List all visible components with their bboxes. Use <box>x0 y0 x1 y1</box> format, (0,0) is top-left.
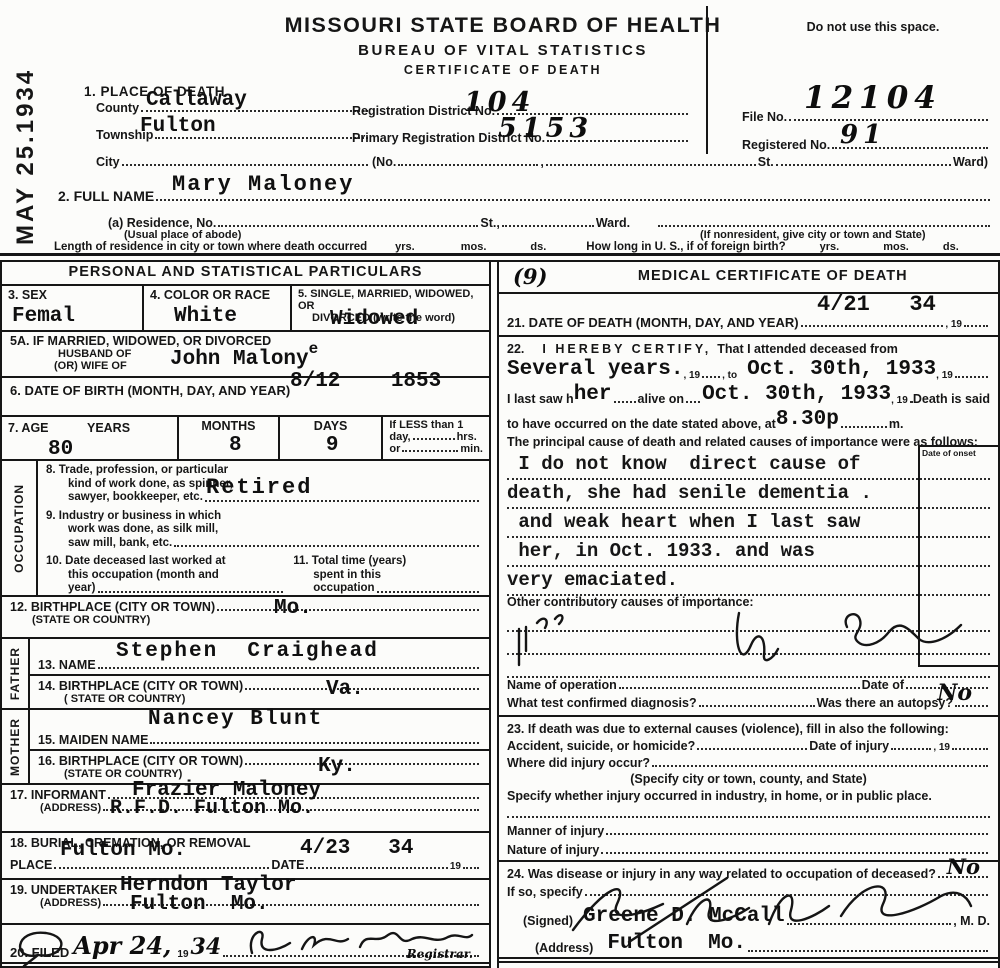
dod-19: , 19 <box>945 319 962 330</box>
certify-b: That I attended deceased from <box>717 342 898 356</box>
date-of-label: Date of <box>862 678 904 692</box>
ds-label: ds. <box>530 241 546 253</box>
months-label: MONTHS <box>185 419 272 433</box>
burial-row: 18. BURIAL, CREMATION, OR REMOVAL PLACE … <box>2 831 489 878</box>
father-inner: 13. NAME Stephen Craighead 14. BIRTHPLAC… <box>30 639 489 708</box>
full-name-value: Mary Maloney <box>172 172 354 197</box>
dotted-line <box>218 223 478 227</box>
yrs-label: yrs. <box>395 241 415 253</box>
nature-label: Nature of injury <box>507 843 599 857</box>
specify-note: (Specify city or town, county, and State… <box>507 772 990 786</box>
certify-a: I HEREBY CERTIFY, <box>542 342 711 356</box>
father-bp-label: 14. BIRTHPLACE (CITY OR TOWN) <box>38 679 243 693</box>
spouse-value-wrap: John Malonye <box>170 348 318 371</box>
father-birthplace-row: 14. BIRTHPLACE (CITY OR TOWN) ( STATE OR… <box>30 676 489 708</box>
age-days-value: 9 <box>326 434 376 457</box>
dotted-line <box>697 746 807 750</box>
last-worked-total-row: 10. Date deceased last worked at this oc… <box>46 555 481 596</box>
last-worked-1: 10. Date deceased last worked at <box>46 555 285 569</box>
mother-side-label: MOTHER <box>8 718 22 776</box>
primary-district-value: 5153 <box>498 113 593 144</box>
dotted-line <box>398 162 538 166</box>
mother-name-row: 15. MAIDEN NAME Nancey Blunt <box>30 710 489 751</box>
primary-district-row: Primary Registration District No. 5153 <box>352 131 690 145</box>
registrar-label: Registrar. <box>407 947 473 961</box>
mother-side-cell: MOTHER <box>2 710 30 783</box>
marital-cell: 5. SINGLE, MARRIED, WIDOWED, OR DIVORCED… <box>292 286 489 330</box>
q23-line-4: Specify whether injury occurred in indus… <box>507 789 990 803</box>
dotted-line <box>801 323 944 327</box>
occupation-side-label: OCCUPATION <box>12 484 26 573</box>
dotted-line <box>98 665 479 669</box>
dotted-line <box>891 746 931 750</box>
less-label-3: or <box>389 443 400 455</box>
right-column-title: MEDICAL CERTIFICATE OF DEATH <box>547 268 998 284</box>
dob-value: 8/12 1853 <box>290 370 441 393</box>
printed-19-filed: 19 <box>177 949 188 960</box>
father-block: FATHER 13. NAME Stephen Craighead 14. BI… <box>2 637 489 708</box>
residence-label: (a) Residence, No. <box>108 216 216 230</box>
dob-row: 6. DATE OF BIRTH (MONTH, DAY, AND YEAR) … <box>2 376 489 415</box>
dotted-line <box>463 865 479 869</box>
occupation-content: 8. Trade, profession, or particular kind… <box>38 461 489 595</box>
dotted-line <box>619 685 860 689</box>
occupation-relation-block: 24. Was disease or injury in any way rel… <box>499 860 998 963</box>
industry-label-2: work was done, as silk mill, <box>68 523 481 537</box>
county-value: Callaway <box>146 89 247 112</box>
mother-name-label: 15. MAIDEN NAME <box>38 733 148 747</box>
age-months-value: 8 <box>229 434 272 457</box>
cause-of-death-block: I do not know direct cause of death, she… <box>499 449 998 593</box>
undertaker-row: 19. UNDERTAKER (ADDRESS) Herndon Taylor … <box>2 878 489 923</box>
attended-from-value: Several years. <box>507 358 683 381</box>
title-board: MISSOURI STATE BOARD OF HEALTH <box>268 13 738 38</box>
ds-label-2: ds. <box>943 241 959 253</box>
q23-19: , 19 <box>933 742 950 753</box>
dotted-line <box>702 374 720 378</box>
manner-label: Manner of injury <box>507 824 604 838</box>
contributory-scribbles <box>507 607 977 679</box>
death-certificate-sheet: MAY 25.1934 MISSOURI STATE BOARD OF HEAL… <box>0 0 1000 968</box>
age-row: 7. AGE YEARS 80 MONTHS 8 DAYS 9 If LESS … <box>2 415 489 459</box>
dotted-line <box>964 323 988 327</box>
n19-c: , 19 <box>891 395 908 406</box>
personal-particulars-column: PERSONAL AND STATISTICAL PARTICULARS 3. … <box>0 260 489 968</box>
test-line: What test confirmed diagnosis? Was there… <box>507 696 990 710</box>
mos-label-2: mos. <box>883 241 909 253</box>
dotted-line <box>217 607 479 611</box>
birthplace-line: 12. BIRTHPLACE (CITY OR TOWN) <box>10 600 481 614</box>
nonresident-note: (If nonresident, give city or town and S… <box>700 229 926 241</box>
dotted-line <box>952 746 988 750</box>
dotted-line <box>776 162 951 166</box>
dotted-line <box>377 589 479 593</box>
attended-date-value: Oct. 30th, 1933 <box>747 358 936 381</box>
dotted-line <box>652 763 988 767</box>
dotted-line <box>502 223 594 227</box>
last-saw-pre: I last saw h <box>507 392 574 406</box>
external-causes-block: 23. If death was due to external causes … <box>499 715 998 860</box>
sex-race-marital-row: 3. SEX Femal 4. COLOR OR RACE White 5. S… <box>2 284 489 330</box>
occurred-line: to have occurred on the date stated abov… <box>507 408 990 431</box>
title-bureau: BUREAU OF VITAL STATISTICS <box>268 42 738 59</box>
length-label: Length of residence in city or town wher… <box>54 241 367 253</box>
column-divider <box>489 260 499 968</box>
no-label: (No. <box>372 155 396 169</box>
father-bp-sub: ( STATE OR COUNTRY) <box>64 693 481 705</box>
her-value: her <box>574 383 612 406</box>
mother-inner: 15. MAIDEN NAME Nancey Blunt 16. BIRTHPL… <box>30 710 489 783</box>
last-worked-line: year) <box>46 582 285 596</box>
mos-label: mos. <box>461 241 487 253</box>
file-no-label: File No. <box>742 110 787 124</box>
how-long-us-label: How long in U. S., if of foreign birth? <box>586 241 785 253</box>
physician-signature <box>559 868 979 948</box>
dotted-line <box>686 399 700 403</box>
certify-line-1: 22. I HEREBY CERTIFY, That I attended de… <box>507 342 990 356</box>
printed-19: 19 <box>450 861 461 872</box>
race-cell: 4. COLOR OR RACE White <box>144 286 292 330</box>
total-time-cell: 11. Total time (years) spent in this occ… <box>285 555 481 596</box>
m-label: m. <box>889 417 904 431</box>
occupation-side-cell: OCCUPATION <box>2 461 38 595</box>
to-label: , to <box>722 370 737 381</box>
township-row: Township Fulton <box>96 128 370 142</box>
trade-value: Retired <box>206 481 312 495</box>
dotted-line <box>601 850 988 854</box>
full-name-row: 2. FULL NAME Mary Maloney <box>58 188 992 204</box>
certify-block: 22. I HEREBY CERTIFY, That I attended de… <box>499 337 998 449</box>
dotted-line <box>245 761 479 765</box>
dotted-line <box>606 831 988 835</box>
birthplace-row: 12. BIRTHPLACE (CITY OR TOWN) (STATE OR … <box>2 595 489 637</box>
injury-date-label: Date of injury <box>809 739 889 753</box>
industry-line: saw mill, bank, etc. <box>46 537 481 551</box>
residence-st-label: St., <box>480 216 499 230</box>
father-bp-line: 14. BIRTHPLACE (CITY OR TOWN) <box>38 679 481 693</box>
spouse-label: 5A. IF MARRIED, WIDOWED, OR DIVORCED <box>10 334 481 348</box>
birthplace-label: 12. BIRTHPLACE (CITY OR TOWN) <box>10 600 215 614</box>
form-titles: MISSOURI STATE BOARD OF HEALTH BUREAU OF… <box>268 13 738 77</box>
contributory-block: Other contributory causes of importance: <box>499 593 998 678</box>
industry-label-3: saw mill, bank, etc. <box>68 537 172 551</box>
race-label: 4. COLOR OR RACE <box>150 288 284 302</box>
right-bottom-padding <box>499 963 998 968</box>
occupation-block: OCCUPATION 8. Trade, profession, or part… <box>2 459 489 595</box>
dotted-line <box>507 803 990 818</box>
marital-value: Widowed <box>330 308 418 331</box>
days-label: DAYS <box>286 419 376 433</box>
file-no-value: 12104 <box>804 80 942 116</box>
last-worked-cell: 10. Date deceased last worked at this oc… <box>46 555 285 596</box>
total-time-1: 11. Total time (years) <box>293 555 481 569</box>
dotted-line <box>955 374 988 378</box>
dotted-line <box>174 543 479 547</box>
father-name-label: 13. NAME <box>38 658 96 672</box>
header-divider-line <box>706 6 708 154</box>
less-min-row: or min. <box>389 443 483 455</box>
spouse-value: John Malony <box>170 348 309 371</box>
q23-line-2: Accident, suicide, or homicide? Date of … <box>507 739 990 753</box>
burial-place-label: PLACE <box>10 858 52 872</box>
last-saw-date-value: Oct. 30th, 1933 <box>702 383 891 406</box>
residence-ward-label: Ward. <box>596 216 630 230</box>
operation-line: Name of operation Date of <box>507 678 990 692</box>
dotted-line <box>658 223 990 227</box>
burial-date-value: 4/23 34 <box>300 837 413 860</box>
dod-label: 21. DATE OF DEATH (MONTH, DAY, AND YEAR) <box>507 315 799 330</box>
full-name-label: 2. FULL NAME <box>58 188 154 204</box>
birthplace-value: Mo. <box>274 597 312 620</box>
comma: , <box>540 155 543 169</box>
yrs-label-2: yrs. <box>820 241 840 253</box>
race-value: White <box>174 305 284 328</box>
filed-date-value: Apr 24, <box>73 931 171 960</box>
informant-label: 17. INFORMANT <box>10 788 106 802</box>
operation-label: Name of operation <box>507 678 617 692</box>
dotted-line <box>122 162 368 166</box>
less-than-one-day-cell: If LESS than 1 day, hrs. or min. <box>383 417 489 459</box>
dotted-line <box>614 399 636 403</box>
informant-sub: (ADDRESS) <box>40 802 101 814</box>
father-side-cell: FATHER <box>2 639 30 708</box>
date-of-death-row: 21. DATE OF DEATH (MONTH, DAY, AND YEAR)… <box>499 294 998 337</box>
registered-no-value: 91 <box>840 120 886 150</box>
last-worked-3: year) <box>68 582 96 596</box>
mother-name-value: Nancey Blunt <box>148 708 323 731</box>
right-column-header: (9) MEDICAL CERTIFICATE OF DEATH <box>499 260 998 294</box>
county-row: County Callaway <box>96 101 370 115</box>
left-column-title: PERSONAL AND STATISTICAL PARTICULARS <box>2 260 489 284</box>
operation-test-block: Name of operation Date of What test conf… <box>499 678 998 710</box>
burial-place-value: Fulton Mo. <box>60 839 186 862</box>
alive-on-label: alive on <box>638 392 685 406</box>
informant-row: 17. INFORMANT (ADDRESS) Frazier Maloney … <box>2 783 489 831</box>
filed-year-value: 34 <box>191 934 222 960</box>
age-label: 7. AGE <box>8 421 49 435</box>
less-label-2: day, <box>389 431 410 443</box>
less-hrs-row: day, hrs. <box>389 431 483 443</box>
test-label: What test confirmed diagnosis? <box>507 696 697 710</box>
min-label: min. <box>460 443 483 455</box>
dotted-line <box>402 448 458 452</box>
q23-line-1: 23. If death was due to external causes … <box>507 722 990 736</box>
age-years-cell: 7. AGE YEARS 80 <box>2 417 179 459</box>
filed-row: 20. FILED Apr 24, 19 34 Registrar. <box>2 923 489 968</box>
city-label: City <box>96 155 120 169</box>
columns: PERSONAL AND STATISTICAL PARTICULARS 3. … <box>0 260 1000 968</box>
father-name-row: 13. NAME Stephen Craighead <box>30 639 489 676</box>
hrs-label: hrs. <box>457 431 477 443</box>
n19-b: , 19 <box>936 370 953 381</box>
mother-bp-line: 16. BIRTHPLACE (CITY OR TOWN) <box>38 754 481 768</box>
received-date-stamp: MAY 25.1934 <box>12 50 40 245</box>
spouse-correction: e <box>309 340 319 358</box>
dotted-line <box>910 399 911 403</box>
birthplace-sub: (STATE OR COUNTRY) <box>32 614 481 626</box>
age-months-cell: MONTHS 8 <box>179 417 280 459</box>
county-label: County <box>96 101 139 115</box>
informant-address-value: R.F.D. Fulton Mo. <box>110 797 314 820</box>
father-name-value: Stephen Craighead <box>116 640 379 663</box>
nature-line: Nature of injury <box>507 843 990 857</box>
do-not-use-note: Do not use this space. <box>760 20 986 34</box>
dotted-line <box>54 865 269 869</box>
undertaker-sub: (ADDRESS) <box>40 897 101 909</box>
dotted-line <box>841 424 887 428</box>
abode-note: (Usual place of abode) <box>124 229 241 241</box>
township-value: Fulton <box>140 115 216 138</box>
burial-date-label: DATE <box>271 858 304 872</box>
registered-no-row: Registered No. 91 <box>742 138 990 152</box>
dotted-line <box>413 436 455 440</box>
undertaker-label: 19. UNDERTAKER <box>10 883 117 897</box>
city-row: City <box>96 155 370 169</box>
mother-block: MOTHER 15. MAIDEN NAME Nancey Blunt 16. … <box>2 708 489 783</box>
dotted-line <box>156 197 990 201</box>
mother-bp-value: Ky. <box>318 755 356 778</box>
total-time-line: occupation <box>293 582 481 596</box>
father-bp-value: Va. <box>326 678 364 701</box>
page-mark: (9) <box>513 264 547 289</box>
father-side-label: FATHER <box>8 647 22 700</box>
sex-value: Femal <box>12 305 136 328</box>
certify-no: 22. <box>507 342 524 356</box>
filed-flourish <box>4 921 74 967</box>
q23-line-3: Where did injury occur? <box>507 756 990 770</box>
years-label: YEARS <box>87 421 130 435</box>
last-worked-2: this occupation (month and <box>68 569 285 583</box>
total-time-2: spent in this <box>313 569 481 583</box>
ward-label: Ward) <box>953 155 988 169</box>
undertaker-address-value: Fulton Mo. <box>130 893 269 916</box>
manner-line: Manner of injury <box>507 824 990 838</box>
where-injury-label: Where did injury occur? <box>507 756 650 770</box>
total-time-3: occupation <box>313 582 374 596</box>
trade-label-3: sawyer, bookkeeper, etc. <box>68 491 203 505</box>
dotted-line <box>306 865 447 869</box>
dotted-line <box>546 162 756 166</box>
residence-row: (a) Residence, No. St., Ward. <box>108 216 992 230</box>
mother-bp-label: 16. BIRTHPLACE (CITY OR TOWN) <box>38 754 243 768</box>
dotted-line <box>699 703 815 707</box>
st-label: St. <box>758 155 774 169</box>
last-saw-line: I last saw h her alive on Oct. 30th, 193… <box>507 383 990 406</box>
dod-value: 4/21 34 <box>817 292 936 317</box>
registered-no-label: Registered No. <box>742 138 830 152</box>
autopsy-label: Was there an autopsy? <box>817 696 953 710</box>
attended-line: Several years. , 19 , to Oct. 30th, 1933… <box>507 358 990 381</box>
title-certificate: CERTIFICATE OF DEATH <box>268 63 738 77</box>
death-said-label: Death is said <box>913 392 990 406</box>
top-section: MAY 25.1934 MISSOURI STATE BOARD OF HEAL… <box>0 0 1000 262</box>
sex-cell: 3. SEX Femal <box>2 286 144 330</box>
operation-no-value: No <box>937 680 972 706</box>
date-of-onset-label: Date of onset <box>922 448 976 458</box>
n19-a: , 19 <box>683 370 700 381</box>
age-years-value: 80 <box>48 438 171 461</box>
dotted-line <box>98 589 284 593</box>
dotted-line <box>789 117 988 121</box>
dob-label: 6. DATE OF BIRTH (MONTH, DAY, AND YEAR) <box>10 383 290 398</box>
occurred-label: to have occurred on the date stated abov… <box>507 417 776 431</box>
accident-label: Accident, suicide, or homicide? <box>507 739 695 753</box>
industry-label-1: 9. Industry or business in which <box>46 510 481 524</box>
length-of-residence-row: Length of residence in city or town wher… <box>54 241 992 253</box>
spouse-row: 5A. IF MARRIED, WIDOWED, OR DIVORCED HUS… <box>2 330 489 377</box>
medical-certificate-column: (9) MEDICAL CERTIFICATE OF DEATH 21. DAT… <box>499 260 1000 968</box>
dotted-line <box>748 948 988 952</box>
sex-label: 3. SEX <box>8 288 136 302</box>
less-label-1: If LESS than 1 <box>389 419 483 431</box>
age-days-cell: DAYS 9 <box>280 417 384 459</box>
dotted-line <box>150 740 479 744</box>
death-time-value: 8.30p <box>776 408 839 431</box>
street-ward-row: (No. , St. Ward) <box>372 155 988 169</box>
